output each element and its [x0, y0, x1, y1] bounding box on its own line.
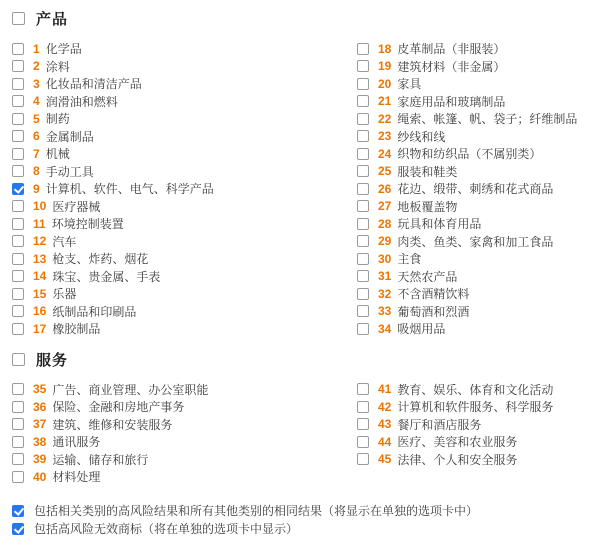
category-row[interactable]: 11 环境控制装置 — [12, 215, 357, 233]
category-checkbox[interactable] — [357, 436, 369, 448]
category-label: 肉类、鱼类、家禽和加工食品 — [397, 233, 553, 250]
category-checkbox[interactable] — [357, 305, 369, 317]
category-row[interactable]: 42 计算机和软件服务、科学服务 — [357, 398, 596, 416]
category-checkbox[interactable] — [12, 165, 24, 177]
category-row[interactable]: 30 主食 — [357, 250, 596, 268]
category-checkbox[interactable] — [12, 78, 24, 90]
products-left-column: 1 化学品 2 涂料 3 化妆品和清洁产品 4 润滑油和燃料 5 制药 6 金属… — [12, 40, 357, 338]
category-number: 14 — [33, 269, 46, 283]
category-label: 纸制品和印刷品 — [52, 303, 136, 320]
category-label: 化妆品和清洁产品 — [46, 75, 142, 92]
category-checkbox[interactable] — [357, 148, 369, 160]
category-checkbox[interactable] — [12, 235, 24, 247]
category-row[interactable]: 21 家庭用品和玻璃制品 — [357, 93, 596, 111]
category-row[interactable]: 9 计算机、软件、电气、科学产品 — [12, 180, 357, 198]
category-number: 22 — [378, 112, 391, 126]
category-row[interactable]: 35 广告、商业管理、办公室职能 — [12, 381, 357, 399]
category-number: 34 — [378, 322, 391, 336]
category-number: 38 — [33, 435, 46, 449]
category-number: 24 — [378, 147, 391, 161]
option-checkbox[interactable] — [12, 523, 24, 535]
category-checkbox[interactable] — [357, 43, 369, 55]
category-checkbox[interactable] — [357, 453, 369, 465]
category-row[interactable]: 3 化妆品和清洁产品 — [12, 75, 357, 93]
category-row[interactable]: 44 医疗、美容和农业服务 — [357, 433, 596, 451]
category-row[interactable]: 22 绳索、帐篷、帆、袋子；纤维制品 — [357, 110, 596, 128]
category-label: 手动工具 — [46, 163, 94, 180]
category-number: 30 — [378, 252, 391, 266]
category-label: 家具 — [397, 75, 421, 92]
category-row[interactable]: 27 地板覆盖物 — [357, 198, 596, 216]
category-label: 建筑、维修和安装服务 — [52, 416, 172, 433]
category-number: 21 — [378, 94, 391, 108]
category-row[interactable]: 10 医疗器械 — [12, 198, 357, 216]
category-number: 3 — [33, 77, 40, 91]
category-number: 7 — [33, 147, 40, 161]
category-row[interactable]: 6 金属制品 — [12, 128, 357, 146]
category-row[interactable]: 15 乐器 — [12, 285, 357, 303]
category-number: 39 — [33, 452, 46, 466]
category-number: 9 — [33, 182, 40, 196]
category-label: 玩具和体育用品 — [397, 215, 481, 232]
category-row[interactable]: 18 皮革制品（非服装） — [357, 40, 596, 58]
category-number: 19 — [378, 59, 391, 73]
category-number: 31 — [378, 269, 391, 283]
category-row[interactable]: 13 枪支、炸药、烟花 — [12, 250, 357, 268]
category-label: 建筑材料（非金属） — [397, 58, 505, 75]
category-label: 纱线和线 — [397, 128, 445, 145]
option-row[interactable]: 包括相关类别的高风险结果和所有其他类别的相同结果（将显示在单独的选项卡中） — [12, 502, 596, 520]
category-checkbox[interactable] — [357, 183, 369, 195]
category-row[interactable]: 34 吸烟用品 — [357, 320, 596, 338]
category-checkbox[interactable] — [12, 401, 24, 413]
option-row[interactable]: 包括高风险无效商标（将在单独的选项卡中显示） — [12, 520, 596, 538]
option-checkbox[interactable] — [12, 505, 24, 517]
category-row[interactable]: 12 汽车 — [12, 233, 357, 251]
category-checkbox[interactable] — [12, 453, 24, 465]
category-number: 4 — [33, 94, 40, 108]
category-label: 计算机、软件、电气、科学产品 — [46, 180, 214, 197]
category-label: 汽车 — [52, 233, 76, 250]
category-row[interactable]: 45 法律、个人和安全服务 — [357, 451, 596, 469]
category-row[interactable]: 36 保险、金融和房地产事务 — [12, 398, 357, 416]
category-number: 45 — [378, 452, 391, 466]
category-checkbox[interactable] — [12, 471, 24, 483]
products-grid: 1 化学品 2 涂料 3 化妆品和清洁产品 4 润滑油和燃料 5 制药 6 金属… — [12, 40, 596, 338]
category-label: 天然农产品 — [397, 268, 457, 285]
category-number: 18 — [378, 42, 391, 56]
category-row[interactable]: 40 材料处理 — [12, 468, 357, 486]
category-number: 29 — [378, 234, 391, 248]
category-number: 40 — [33, 470, 46, 484]
category-label: 皮革制品（非服装） — [397, 40, 505, 57]
category-checkbox[interactable] — [357, 95, 369, 107]
category-checkbox[interactable] — [12, 130, 24, 142]
category-checkbox[interactable] — [12, 113, 24, 125]
category-checkbox[interactable] — [357, 235, 369, 247]
category-row[interactable]: 17 橡胶制品 — [12, 320, 357, 338]
category-checkbox[interactable] — [357, 401, 369, 413]
category-label: 化学品 — [46, 40, 82, 57]
category-number: 23 — [378, 129, 391, 143]
category-row[interactable]: 7 机械 — [12, 145, 357, 163]
category-checkbox[interactable] — [12, 200, 24, 212]
category-checkbox[interactable] — [357, 130, 369, 142]
category-label: 珠宝、贵金属、手表 — [52, 268, 160, 285]
category-number: 5 — [33, 112, 40, 126]
category-checkbox[interactable] — [12, 43, 24, 55]
category-row[interactable]: 25 服装和鞋类 — [357, 163, 596, 181]
trademark-category-filter-panel: 产品 1 化学品 2 涂料 3 化妆品和清洁产品 4 润滑油和燃料 5 制药 6… — [0, 0, 600, 554]
category-number: 10 — [33, 199, 46, 213]
category-number: 17 — [33, 322, 46, 336]
category-row[interactable]: 24 织物和纺织品（不属别类） — [357, 145, 596, 163]
category-number: 1 — [33, 42, 40, 56]
category-row[interactable]: 31 天然农产品 — [357, 268, 596, 286]
category-label: 运输、储存和旅行 — [52, 451, 148, 468]
category-checkbox[interactable] — [357, 200, 369, 212]
category-checkbox[interactable] — [12, 270, 24, 282]
category-label: 橡胶制品 — [52, 320, 100, 337]
category-checkbox[interactable] — [357, 323, 369, 335]
products-right-column: 18 皮革制品（非服装） 19 建筑材料（非金属） 20 家具 21 家庭用品和… — [357, 40, 596, 338]
category-checkbox[interactable] — [357, 218, 369, 230]
category-number: 11 — [33, 217, 46, 231]
services-section-header[interactable]: 服务 — [12, 350, 596, 370]
category-checkbox[interactable] — [12, 60, 24, 72]
category-label: 不含酒精饮料 — [397, 285, 469, 302]
category-number: 16 — [33, 304, 46, 318]
category-label: 绳索、帐篷、帆、袋子；纤维制品 — [397, 110, 577, 127]
category-label: 机械 — [46, 145, 70, 162]
category-checkbox[interactable] — [357, 418, 369, 430]
result-options: 包括相关类别的高风险结果和所有其他类别的相同结果（将显示在单独的选项卡中） 包括… — [12, 502, 596, 538]
category-number: 44 — [378, 435, 391, 449]
category-checkbox[interactable] — [357, 165, 369, 177]
category-checkbox[interactable] — [12, 305, 24, 317]
category-number: 35 — [33, 382, 46, 396]
category-row[interactable]: 1 化学品 — [12, 40, 357, 58]
category-checkbox[interactable] — [12, 95, 24, 107]
category-number: 28 — [378, 217, 391, 231]
category-label: 葡萄酒和烈酒 — [397, 303, 469, 320]
category-row[interactable]: 16 纸制品和印刷品 — [12, 303, 357, 321]
category-checkbox[interactable] — [357, 383, 369, 395]
services-select-all-checkbox[interactable] — [12, 353, 25, 366]
services-left-column: 35 广告、商业管理、办公室职能 36 保险、金融和房地产事务 37 建筑、维修… — [12, 381, 357, 486]
category-row[interactable]: 23 纱线和线 — [357, 128, 596, 146]
category-number: 13 — [33, 252, 46, 266]
category-label: 家庭用品和玻璃制品 — [397, 93, 505, 110]
category-row[interactable]: 26 花边、缎带、刺绣和花式商品 — [357, 180, 596, 198]
category-checkbox[interactable] — [357, 60, 369, 72]
category-row[interactable]: 14 珠宝、贵金属、手表 — [12, 268, 357, 286]
category-label: 服装和鞋类 — [397, 163, 457, 180]
category-checkbox[interactable] — [357, 253, 369, 265]
category-checkbox[interactable] — [357, 113, 369, 125]
category-label: 乐器 — [52, 285, 76, 302]
category-number: 33 — [378, 304, 391, 318]
category-number: 41 — [378, 382, 391, 396]
category-row[interactable]: 28 玩具和体育用品 — [357, 215, 596, 233]
products-select-all-checkbox[interactable] — [12, 12, 25, 25]
option-label: 包括相关类别的高风险结果和所有其他类别的相同结果（将显示在单独的选项卡中） — [34, 502, 478, 519]
category-checkbox[interactable] — [357, 288, 369, 300]
category-row[interactable]: 20 家具 — [357, 75, 596, 93]
products-section-header[interactable]: 产品 — [12, 8, 596, 28]
category-number: 26 — [378, 182, 391, 196]
category-label: 花边、缎带、刺绣和花式商品 — [397, 180, 553, 197]
category-row[interactable]: 32 不含酒精饮料 — [357, 285, 596, 303]
category-number: 32 — [378, 287, 391, 301]
category-label: 涂料 — [46, 58, 70, 75]
category-row[interactable]: 5 制药 — [12, 110, 357, 128]
category-label: 计算机和软件服务、科学服务 — [397, 398, 553, 415]
category-number: 8 — [33, 164, 40, 178]
category-row[interactable]: 19 建筑材料（非金属） — [357, 58, 596, 76]
products-section: 产品 1 化学品 2 涂料 3 化妆品和清洁产品 4 润滑油和燃料 5 制药 6… — [12, 8, 596, 338]
category-label: 地板覆盖物 — [397, 198, 457, 215]
category-label: 广告、商业管理、办公室职能 — [52, 381, 208, 398]
category-checkbox[interactable] — [357, 78, 369, 90]
category-label: 枪支、炸药、烟花 — [52, 250, 148, 267]
category-checkbox[interactable] — [357, 270, 369, 282]
category-label: 医疗器械 — [52, 198, 100, 215]
category-checkbox[interactable] — [12, 418, 24, 430]
category-checkbox[interactable] — [12, 436, 24, 448]
category-label: 餐厅和酒店服务 — [397, 416, 481, 433]
category-number: 12 — [33, 234, 46, 248]
category-row[interactable]: 41 教育、娱乐、体育和文化活动 — [357, 381, 596, 399]
category-row[interactable]: 37 建筑、维修和安装服务 — [12, 416, 357, 434]
category-number: 6 — [33, 129, 40, 143]
category-number: 42 — [378, 400, 391, 414]
category-label: 通讯服务 — [52, 433, 100, 450]
category-checkbox[interactable] — [12, 383, 24, 395]
category-row[interactable]: 4 润滑油和燃料 — [12, 93, 357, 111]
category-label: 主食 — [397, 250, 421, 267]
category-row[interactable]: 8 手动工具 — [12, 163, 357, 181]
category-row[interactable]: 29 肉类、鱼类、家禽和加工食品 — [357, 233, 596, 251]
category-row[interactable]: 43 餐厅和酒店服务 — [357, 416, 596, 434]
category-label: 吸烟用品 — [397, 320, 445, 337]
category-checkbox[interactable] — [12, 218, 24, 230]
category-checkbox[interactable] — [12, 183, 24, 195]
category-row[interactable]: 38 通讯服务 — [12, 433, 357, 451]
category-number: 43 — [378, 417, 391, 431]
category-number: 20 — [378, 77, 391, 91]
category-number: 37 — [33, 417, 46, 431]
category-checkbox[interactable] — [12, 253, 24, 265]
category-label: 法律、个人和安全服务 — [397, 451, 517, 468]
services-section-title: 服务 — [36, 349, 68, 370]
services-section: 服务 35 广告、商业管理、办公室职能 36 保险、金融和房地产事务 37 建筑… — [12, 350, 596, 486]
category-label: 教育、娱乐、体育和文化活动 — [397, 381, 553, 398]
category-number: 15 — [33, 287, 46, 301]
category-number: 2 — [33, 59, 40, 73]
category-checkbox[interactable] — [12, 288, 24, 300]
category-checkbox[interactable] — [12, 323, 24, 335]
category-label: 金属制品 — [46, 128, 94, 145]
option-label: 包括高风险无效商标（将在单独的选项卡中显示） — [34, 520, 298, 537]
category-label: 医疗、美容和农业服务 — [397, 433, 517, 450]
category-row[interactable]: 39 运输、储存和旅行 — [12, 451, 357, 469]
category-label: 材料处理 — [52, 468, 100, 485]
category-row[interactable]: 33 葡萄酒和烈酒 — [357, 303, 596, 321]
category-checkbox[interactable] — [12, 148, 24, 160]
category-label: 环境控制装置 — [52, 215, 124, 232]
category-label: 织物和纺织品（不属别类） — [397, 145, 541, 162]
category-label: 制药 — [46, 110, 70, 127]
category-number: 36 — [33, 400, 46, 414]
services-right-column: 41 教育、娱乐、体育和文化活动 42 计算机和软件服务、科学服务 43 餐厅和… — [357, 381, 596, 469]
category-row[interactable]: 2 涂料 — [12, 58, 357, 76]
category-number: 27 — [378, 199, 391, 213]
category-label: 润滑油和燃料 — [46, 93, 118, 110]
category-number: 25 — [378, 164, 391, 178]
category-label: 保险、金融和房地产事务 — [52, 398, 184, 415]
products-section-title: 产品 — [36, 8, 68, 29]
services-grid: 35 广告、商业管理、办公室职能 36 保险、金融和房地产事务 37 建筑、维修… — [12, 381, 596, 486]
